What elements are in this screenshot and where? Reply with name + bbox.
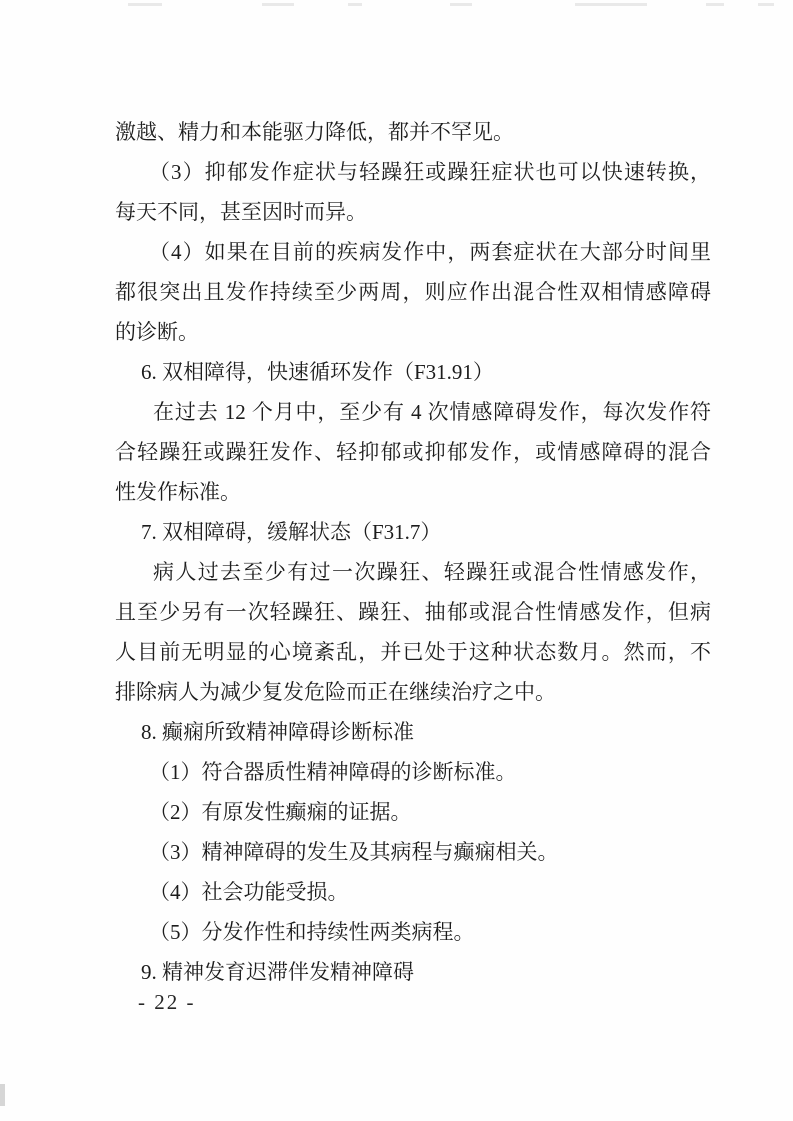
scan-speck [0,1084,5,1106]
text-line: 6. 双相障得，快速循环发作（F31.91） [115,352,711,392]
text-line: 7. 双相障碍，缓解状态（F31.7） [115,512,711,552]
text-line: 的诊断。 [115,312,711,352]
text-line: 每天不同，甚至因时而异。 [115,192,711,232]
page-number: - 22 - [138,988,196,1016]
text-line: 人目前无明显的心境紊乱，并已处于这种状态数月。然而，不 [115,632,711,672]
scan-artifact [450,3,472,6]
text-line: 都很突出且发作持续至少两周，则应作出混合性双相情感障碍 [115,272,711,312]
text-line: （4）如果在目前的疾病发作中，两套症状在大部分时间里 [115,232,711,272]
scan-artifact [262,3,294,6]
text-line: 病人过去至少有过一次躁狂、轻躁狂或混合性情感发作， [115,552,711,592]
text-line: （1）符合器质性精神障碍的诊断标准。 [115,752,711,792]
text-line: （3）抑郁发作症状与轻躁狂或躁狂症状也可以快速转换， [115,152,711,192]
scan-artifact [758,3,774,6]
text-line: 合轻躁狂或躁狂发作、轻抑郁或抑郁发作，或情感障碍的混合 [115,432,711,472]
scan-artifact [348,3,362,6]
text-line: 在过去 12 个月中，至少有 4 次情感障碍发作，每次发作符 [115,392,711,432]
text-line: 性发作标准。 [115,472,711,512]
text-line: 8. 癫痫所致精神障碍诊断标准 [115,712,711,752]
scan-artifact [128,3,162,6]
text-line: 且至少另有一次轻躁狂、躁狂、抽郁或混合性情感发作，但病 [115,592,711,632]
text-line: （3）精神障碍的发生及其病程与癫痫相关。 [115,832,711,872]
scan-artifact [575,3,647,6]
scan-artifact [706,3,724,6]
text-line: 9. 精神发育迟滞伴发精神障碍 [115,952,711,992]
document-page: 激越、精力和本能驱力降低，都并不罕见。（3）抑郁发作症状与轻躁狂或躁狂症状也可以… [0,0,793,1121]
text-line: 激越、精力和本能驱力降低，都并不罕见。 [115,112,711,152]
text-line: （4）社会功能受损。 [115,872,711,912]
text-line: （5）分发作性和持续性两类病程。 [115,912,711,952]
text-column: 激越、精力和本能驱力降低，都并不罕见。（3）抑郁发作症状与轻躁狂或躁狂症状也可以… [115,112,711,992]
text-line: （2）有原发性癫痫的证据。 [115,792,711,832]
text-line: 排除病人为减少复发危险而正在继续治疗之中。 [115,672,711,712]
